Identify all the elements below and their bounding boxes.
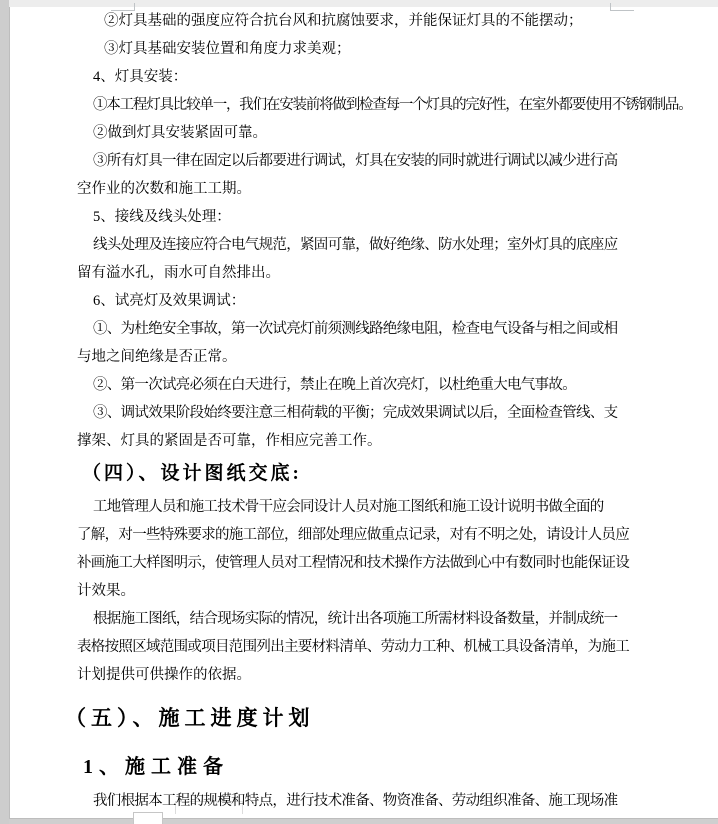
body-text-line: 计划提供可供操作的依据。 <box>9 661 718 689</box>
body-text-line: ②灯具基础的强度应符合抗台风和抗腐蚀要求，并能保证灯具的不能摆动； <box>9 7 718 35</box>
body-text-line: 计效果。 <box>9 577 718 605</box>
body-text-line: 与地之间绝缘是否正常。 <box>9 343 718 371</box>
body-text-line: ②做到灯具安装紧固可靠。 <box>9 119 718 147</box>
body-text-line: ③灯具基础安装位置和角度力求美观； <box>9 35 718 63</box>
body-text-line: 表格按照区域范围或项目范围列出主要材料清单、劳动力工种、机械工具设备清单，为施工 <box>9 633 718 661</box>
body-text-line: ③、调试效果阶段始终要注意三相荷载的平衡；完成效果调试以后，全面检查管线、支 <box>9 399 718 427</box>
body-text-line: 补画施工大样图明示，使管理人员对工程情况和技术操作方法做到心中有数同时也能保证设 <box>9 549 718 577</box>
section-heading-level1: （五）、施工进度计划 <box>9 695 718 741</box>
body-text-line: 6、试亮灯及效果调试： <box>9 287 718 315</box>
page-gap-bottom <box>9 818 718 824</box>
body-text-line: ①、为杜绝安全事故，第一次试亮灯前须测线路绝缘电阻，检查电气设备与相之间或相 <box>9 315 718 343</box>
body-text-line: 根据施工图纸，结合现场实际的情况，统计出各项施工所需材料设备数量，并制成统一 <box>9 605 718 633</box>
body-text-line: 空作业的次数和施工工期。 <box>9 175 718 203</box>
word-document-view: { "document": { "kind_labels": { "body":… <box>0 0 718 824</box>
document-text-area[interactable]: ②灯具基础的强度应符合抗台风和抗腐蚀要求，并能保证灯具的不能摆动；③灯具基础安装… <box>9 7 718 815</box>
page-gap-top <box>9 0 718 7</box>
section-heading-level2: （四）、设计图纸交底: <box>9 455 718 493</box>
body-text-line: ①本工程灯具比较单一，我们在安装前将做到检查每一个灯具的完好性，在室外都要使用不… <box>9 91 718 119</box>
body-text-line: 撑架、灯具的紧固是否可靠，作相应完善工作。 <box>9 427 718 455</box>
body-text-line: 工地管理人员和施工技术骨干应会同设计人员对施工图纸和施工设计说明书做全面的 <box>9 493 718 521</box>
section-heading-level3: 1、施工准备 <box>9 747 718 787</box>
body-text-line: 我们根据本工程的规模和特点，进行技术准备、物资准备、劳动组织准备、施工现场准 <box>9 787 718 815</box>
body-text-line: 留有溢水孔，雨水可自然排出。 <box>9 259 718 287</box>
body-text-line: 4、灯具安装： <box>9 63 718 91</box>
body-text-line: ③所有灯具一律在固定以后都要进行调试，灯具在安装的同时就进行调试以减少进行高 <box>9 147 718 175</box>
body-text-line: 5、接线及线头处理： <box>9 203 718 231</box>
body-text-line: 线头处理及连接应符合电气规范，紧固可靠，做好绝缘、防水处理；室外灯具的底座应 <box>9 231 718 259</box>
body-text-line: 了解，对一些特殊要求的施工部位，细部处理应做重点记录，对有不明之处，请设计人员应 <box>9 521 718 549</box>
body-text-line: ②、第一次试亮必须在白天进行，禁止在晚上首次亮灯，以杜绝重大电气事故。 <box>9 371 718 399</box>
